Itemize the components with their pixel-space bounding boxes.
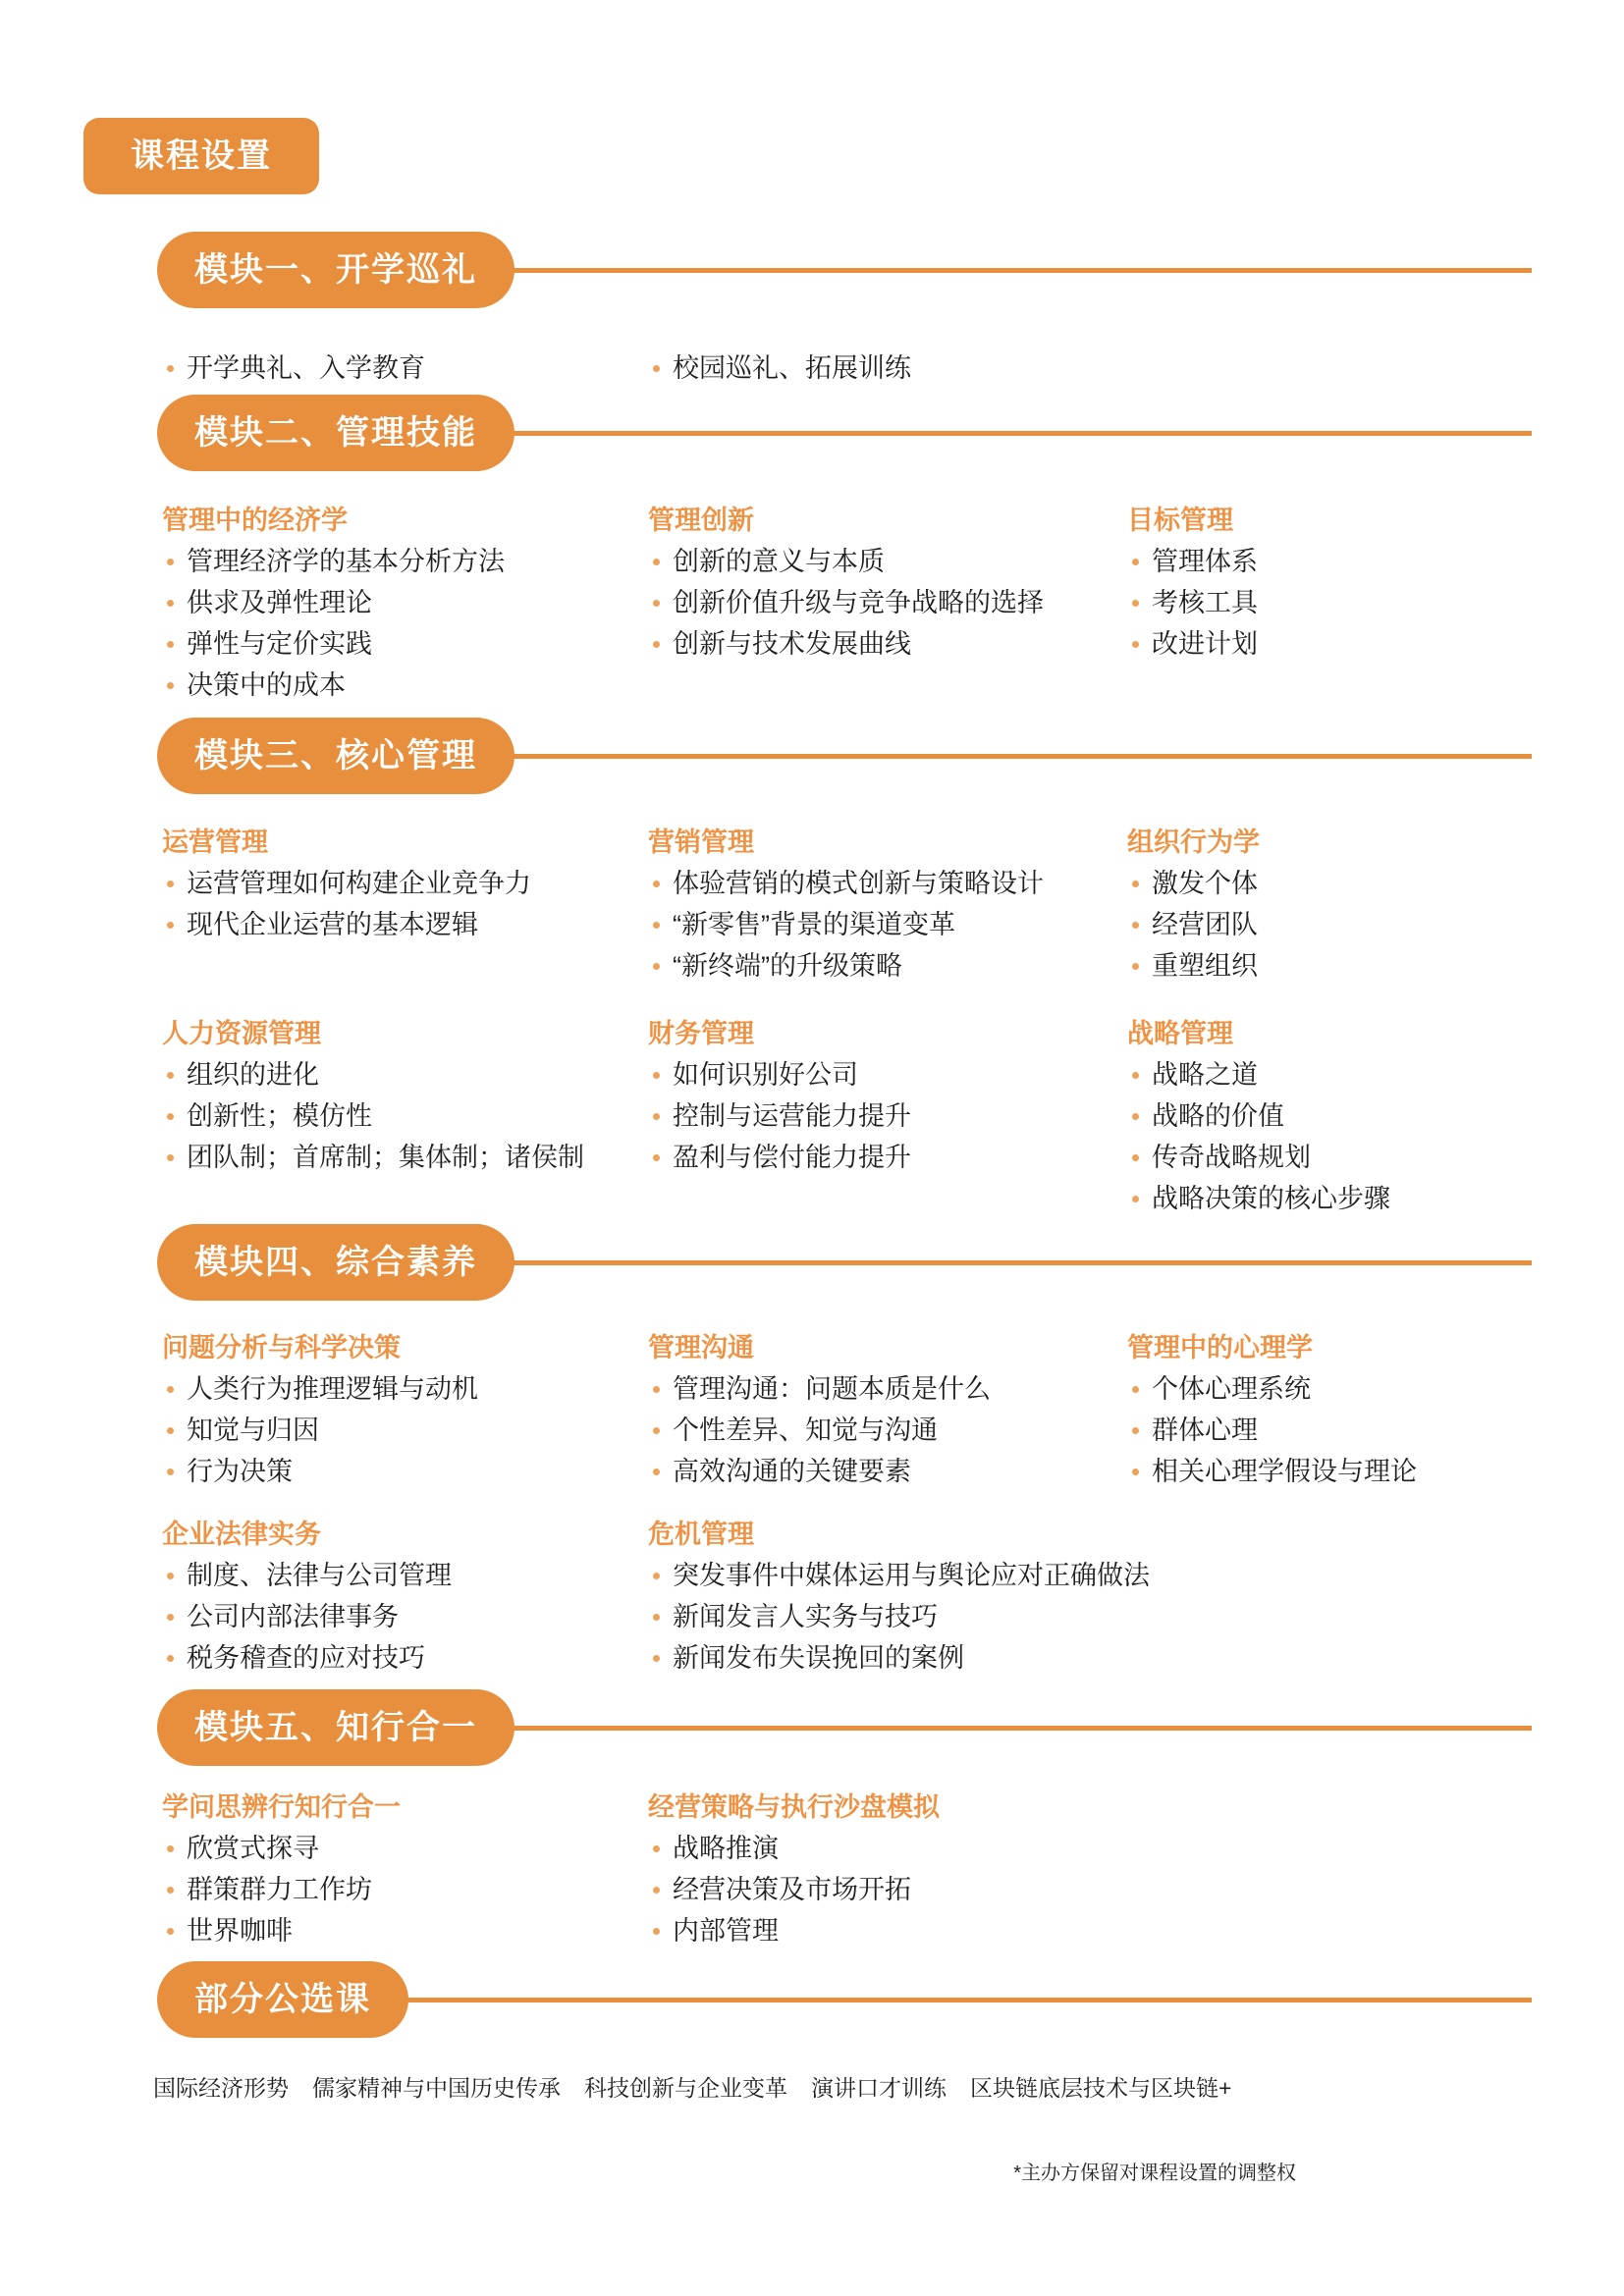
list-item: 内部管理 [648, 1910, 1565, 1951]
bullet-dot-icon [167, 1468, 174, 1475]
group-organizational-behavior: 组织行为学 激发个体 经营团队 重塑组织 [1127, 822, 1565, 987]
list-item: 战略的价值 [1127, 1095, 1565, 1137]
group-business-strategy-sandbox: 经营策略与执行沙盘模拟 战略推演 经营决策及市场开拓 内部管理 [648, 1787, 1565, 1951]
module-5-line [513, 1726, 1532, 1731]
bullet-dot-icon [167, 1928, 174, 1935]
bullet-dot-icon [167, 1655, 174, 1662]
bullet-dot-icon [653, 600, 660, 607]
module-3-line [513, 754, 1532, 759]
bullet-dot-icon [1132, 963, 1139, 970]
list-item: 管理沟通：问题本质是什么 [648, 1368, 1127, 1410]
group-heading: 危机管理 [648, 1514, 1565, 1555]
bullet-dot-icon [653, 559, 660, 565]
group-hr-management: 人力资源管理 组织的进化 创新性；模仿性 团队制；首席制；集体制；诸侯制 [162, 1013, 648, 1219]
module-5-pill: 模块五、知行合一 [157, 1689, 514, 1766]
electives-pill: 部分公选课 [157, 1961, 408, 2038]
bullet-dot-icon [1132, 1196, 1139, 1202]
group-heading: 管理中的经济学 [162, 500, 648, 541]
group-financial-management: 财务管理 如何识别好公司 控制与运营能力提升 盈利与偿付能力提升 [648, 1013, 1127, 1219]
module-3-row-1: 运营管理 运营管理如何构建企业竞争力 现代企业运营的基本逻辑 营销管理 体验营销… [162, 822, 1565, 987]
module-3-row-2: 人力资源管理 组织的进化 创新性；模仿性 团队制；首席制；集体制；诸侯制 财务管… [162, 1013, 1565, 1219]
list-item: 盈利与偿付能力提升 [648, 1137, 1127, 1178]
group-heading: 目标管理 [1127, 500, 1565, 541]
bullet-dot-icon [167, 922, 174, 929]
module-1-line [513, 268, 1532, 273]
module-1-header: 模块一、开学巡礼 [157, 232, 1532, 308]
list-item: 战略决策的核心步骤 [1127, 1178, 1565, 1219]
bullet-dot-icon [653, 922, 660, 929]
list-item: 税务稽查的应对技巧 [162, 1637, 648, 1679]
list-item: 开学典礼、入学教育 [162, 347, 648, 389]
bullet-dot-icon [167, 682, 174, 689]
group-objective-management: 目标管理 管理体系 考核工具 改进计划 [1127, 500, 1565, 706]
list-item: 供求及弹性理论 [162, 582, 648, 623]
elective-course: 科技创新与企业变革 [584, 2071, 787, 2105]
list-item: 个性差异、知觉与沟通 [648, 1410, 1127, 1451]
bullet-dot-icon [167, 1154, 174, 1161]
module-4-row-2: 企业法律实务 制度、法律与公司管理 公司内部法律事务 税务稽查的应对技巧 危机管… [162, 1514, 1565, 1679]
module-3-pill: 模块三、核心管理 [157, 718, 514, 794]
group-heading: 问题分析与科学决策 [162, 1327, 648, 1368]
list-item: 运营管理如何构建企业竞争力 [162, 863, 648, 904]
bullet-dot-icon [653, 963, 660, 970]
bullet-dot-icon [167, 600, 174, 607]
list-item: 现代企业运营的基本逻辑 [162, 904, 648, 945]
bullet-dot-icon [653, 1427, 660, 1434]
bullet-dot-icon [653, 365, 660, 372]
list-item: 人类行为推理逻辑与动机 [162, 1368, 648, 1410]
group-economics-in-management: 管理中的经济学 管理经济学的基本分析方法 供求及弹性理论 弹性与定价实践 决策中… [162, 500, 648, 706]
list-item: 制度、法律与公司管理 [162, 1555, 648, 1596]
list-item: 欣赏式探寻 [162, 1828, 648, 1869]
electives-list: 国际经济形势 儒家精神与中国历史传承 科技创新与企业变革 演讲口才训练 区块链底… [153, 2071, 1624, 2105]
list-item: 战略之道 [1127, 1054, 1565, 1095]
footnote: *主办方保留对课程设置的调整权 [0, 2160, 1296, 2187]
list-item: 传奇战略规划 [1127, 1137, 1565, 1178]
list-item: 新闻发言人实务与技巧 [648, 1596, 1565, 1637]
module-1-col-1: 开学典礼、入学教育 [162, 347, 648, 389]
bullet-dot-icon [653, 881, 660, 887]
module-5-header: 模块五、知行合一 [157, 1689, 1532, 1766]
list-item: 经营团队 [1127, 904, 1565, 945]
list-item: 行为决策 [162, 1451, 648, 1492]
module-4-row-1: 问题分析与科学决策 人类行为推理逻辑与动机 知觉与归因 行为决策 管理沟通 管理… [162, 1327, 1565, 1492]
list-item: 知觉与归因 [162, 1410, 648, 1451]
bullet-dot-icon [167, 1072, 174, 1079]
list-item: 弹性与定价实践 [162, 623, 648, 665]
module-2-header: 模块二、管理技能 [157, 395, 1532, 471]
list-item: 创新价值升级与竞争战略的选择 [648, 582, 1127, 623]
list-item: 创新性；模仿性 [162, 1095, 648, 1137]
group-heading: 财务管理 [648, 1013, 1127, 1054]
list-item: 校园巡礼、拓展训练 [648, 347, 1127, 389]
bullet-dot-icon [167, 1614, 174, 1621]
list-item: 重塑组织 [1127, 945, 1565, 987]
group-learning-unity-knowledge-action: 学问思辨行知行合一 欣赏式探寻 群策群力工作坊 世界咖啡 [162, 1787, 648, 1951]
list-item: 创新与技术发展曲线 [648, 623, 1127, 665]
list-item: “新零售”背景的渠道变革 [648, 904, 1127, 945]
bullet-dot-icon [167, 365, 174, 372]
elective-course: 儒家精神与中国历史传承 [312, 2071, 561, 2105]
group-heading: 经营策略与执行沙盘模拟 [648, 1787, 1565, 1828]
electives-line [406, 1998, 1532, 2002]
list-item: 管理体系 [1127, 541, 1565, 582]
bullet-dot-icon [1132, 1468, 1139, 1475]
group-management-innovation: 管理创新 创新的意义与本质 创新价值升级与竞争战略的选择 创新与技术发展曲线 [648, 500, 1127, 706]
bullet-dot-icon [167, 1427, 174, 1434]
bullet-dot-icon [167, 1113, 174, 1120]
bullet-dot-icon [167, 881, 174, 887]
list-item: “新终端”的升级策略 [648, 945, 1127, 987]
group-heading: 人力资源管理 [162, 1013, 648, 1054]
electives-header: 部分公选课 [157, 1961, 1532, 2038]
bullet-dot-icon [653, 1154, 660, 1161]
group-heading: 企业法律实务 [162, 1514, 648, 1555]
group-heading: 管理沟通 [648, 1327, 1127, 1368]
bullet-dot-icon [167, 559, 174, 565]
group-heading: 运营管理 [162, 822, 648, 863]
group-heading: 管理创新 [648, 500, 1127, 541]
bullet-dot-icon [653, 1386, 660, 1393]
module-2-body: 管理中的经济学 管理经济学的基本分析方法 供求及弹性理论 弹性与定价实践 决策中… [162, 500, 1565, 706]
bullet-dot-icon [167, 641, 174, 648]
list-item: 体验营销的模式创新与策略设计 [648, 863, 1127, 904]
list-item: 团队制；首席制；集体制；诸侯制 [162, 1137, 648, 1178]
group-heading: 管理中的心理学 [1127, 1327, 1565, 1368]
list-item: 控制与运营能力提升 [648, 1095, 1127, 1137]
bullet-dot-icon [653, 1468, 660, 1475]
bullet-dot-icon [653, 1655, 660, 1662]
bullet-dot-icon [653, 1887, 660, 1894]
list-item: 考核工具 [1127, 582, 1565, 623]
module-2-pill: 模块二、管理技能 [157, 395, 514, 471]
group-heading: 学问思辨行知行合一 [162, 1787, 648, 1828]
group-heading: 组织行为学 [1127, 822, 1565, 863]
bullet-dot-icon [167, 1573, 174, 1579]
group-operations-management: 运营管理 运营管理如何构建企业竞争力 现代企业运营的基本逻辑 [162, 822, 648, 987]
list-item: 组织的进化 [162, 1054, 648, 1095]
module-4-header: 模块四、综合素养 [157, 1224, 1532, 1301]
group-strategic-management: 战略管理 战略之道 战略的价值 传奇战略规划 战略决策的核心步骤 [1127, 1013, 1565, 1219]
bullet-dot-icon [653, 1845, 660, 1852]
module-1-col-2: 校园巡礼、拓展训练 [648, 347, 1127, 389]
bullet-dot-icon [1132, 1386, 1139, 1393]
group-corporate-legal-practice: 企业法律实务 制度、法律与公司管理 公司内部法律事务 税务稽查的应对技巧 [162, 1514, 648, 1679]
list-item: 管理经济学的基本分析方法 [162, 541, 648, 582]
bullet-dot-icon [653, 1072, 660, 1079]
module-4-line [513, 1260, 1532, 1265]
bullet-dot-icon [167, 1887, 174, 1894]
bullet-dot-icon [653, 1614, 660, 1621]
group-psychology-in-management: 管理中的心理学 个体心理系统 群体心理 相关心理学假设与理论 [1127, 1327, 1565, 1492]
module-3-header: 模块三、核心管理 [157, 718, 1532, 794]
list-item: 战略推演 [648, 1828, 1565, 1869]
bullet-dot-icon [1132, 922, 1139, 929]
bullet-dot-icon [1132, 1427, 1139, 1434]
module-5-body: 学问思辨行知行合一 欣赏式探寻 群策群力工作坊 世界咖啡 经营策略与执行沙盘模拟… [162, 1787, 1565, 1951]
bullet-dot-icon [653, 641, 660, 648]
bullet-dot-icon [1132, 641, 1139, 648]
group-marketing-management: 营销管理 体验营销的模式创新与策略设计 “新零售”背景的渠道变革 “新终端”的升… [648, 822, 1127, 987]
group-management-communication: 管理沟通 管理沟通：问题本质是什么 个性差异、知觉与沟通 高效沟通的关键要素 [648, 1327, 1127, 1492]
module-2-line [513, 431, 1532, 436]
bullet-dot-icon [653, 1928, 660, 1935]
elective-course: 演讲口才训练 [811, 2071, 947, 2105]
module-1-pill: 模块一、开学巡礼 [157, 232, 514, 308]
list-item: 群体心理 [1127, 1410, 1565, 1451]
bullet-dot-icon [653, 1573, 660, 1579]
group-heading: 营销管理 [648, 822, 1127, 863]
bullet-dot-icon [167, 1845, 174, 1852]
list-item: 个体心理系统 [1127, 1368, 1565, 1410]
list-item: 突发事件中媒体运用与舆论应对正确做法 [648, 1555, 1565, 1596]
list-item: 创新的意义与本质 [648, 541, 1127, 582]
list-item: 如何识别好公司 [648, 1054, 1127, 1095]
group-crisis-management: 危机管理 突发事件中媒体运用与舆论应对正确做法 新闻发言人实务与技巧 新闻发布失… [648, 1514, 1565, 1679]
bullet-dot-icon [1132, 559, 1139, 565]
bullet-dot-icon [1132, 1154, 1139, 1161]
list-item: 决策中的成本 [162, 665, 648, 706]
list-item: 公司内部法律事务 [162, 1596, 648, 1637]
bullet-dot-icon [1132, 1113, 1139, 1120]
list-item: 相关心理学假设与理论 [1127, 1451, 1565, 1492]
list-item: 经营决策及市场开拓 [648, 1869, 1565, 1910]
list-item: 世界咖啡 [162, 1910, 648, 1951]
bullet-dot-icon [1132, 600, 1139, 607]
elective-course: 区块链底层技术与区块链+ [970, 2071, 1231, 2105]
module-4-pill: 模块四、综合素养 [157, 1224, 514, 1301]
list-item: 新闻发布失误挽回的案例 [648, 1637, 1565, 1679]
list-item: 群策群力工作坊 [162, 1869, 648, 1910]
bullet-dot-icon [1132, 1072, 1139, 1079]
bullet-dot-icon [653, 1113, 660, 1120]
group-problem-analysis-decision: 问题分析与科学决策 人类行为推理逻辑与动机 知觉与归因 行为决策 [162, 1327, 648, 1492]
elective-course: 国际经济形势 [153, 2071, 289, 2105]
list-item: 改进计划 [1127, 623, 1565, 665]
list-item: 激发个体 [1127, 863, 1565, 904]
group-heading: 战略管理 [1127, 1013, 1565, 1054]
page-title-badge: 课程设置 [83, 118, 319, 194]
bullet-dot-icon [167, 1386, 174, 1393]
module-1-body: 开学典礼、入学教育 校园巡礼、拓展训练 [162, 347, 1565, 389]
list-item: 高效沟通的关键要素 [648, 1451, 1127, 1492]
bullet-dot-icon [1132, 881, 1139, 887]
